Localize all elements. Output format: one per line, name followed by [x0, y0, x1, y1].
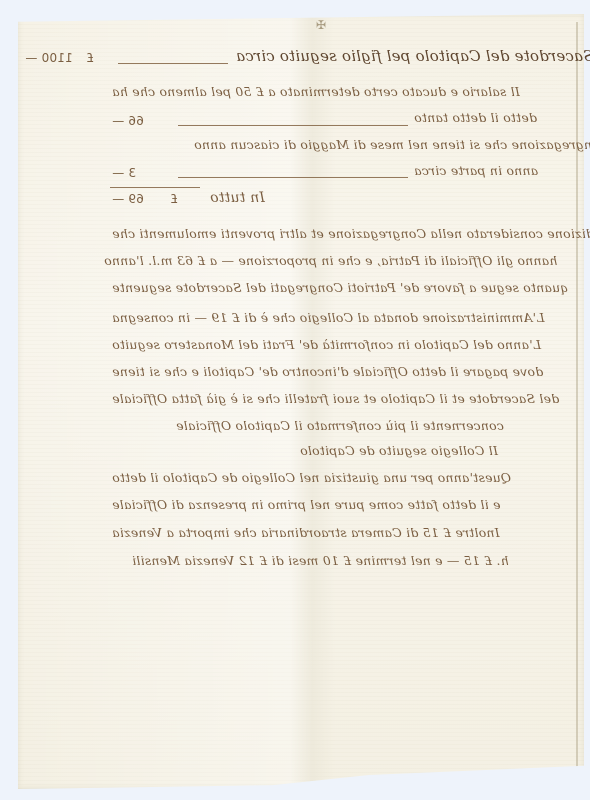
ledger-entry-5-amount: 3 —	[112, 166, 136, 180]
body-line-4: L'Amministrazione donata al Collegio che…	[112, 310, 545, 325]
body-line-6: dove pagare il detto Officiale d'incontr…	[112, 364, 543, 379]
body-line-9: Il Collegio seguito de Capitolo	[300, 443, 498, 458]
total-rule	[110, 187, 200, 188]
body-line-13: h. £ 15 — e nel termine £ 10 mesi di £ 1…	[132, 553, 509, 568]
body-line-11: e il detto fatte come pure nel primo in …	[112, 497, 500, 512]
body-line-5: L'anno del Capitolo in conformità de' Fr…	[112, 337, 541, 352]
ledger-entry-2-text: Il salario e ducato certo determinato a …	[112, 84, 520, 99]
body-line-10: Quest'anno per una giustizia nel Collegi…	[112, 470, 511, 485]
ledger-entry-1-currency: £	[86, 51, 94, 65]
body-line-8: concernente il più confermato il Capitol…	[176, 418, 504, 433]
body-line-1: La spedizione considerato nella Congrega…	[112, 226, 590, 241]
ledger-entry-4-continuation: anno in parte circa	[414, 163, 538, 178]
ledger-entry-4-text: La Congregazione che si tiene nel mese d…	[194, 137, 590, 152]
body-line-7: del Sacerdote et il Capitolo et suoi fra…	[112, 391, 559, 406]
body-line-2: hanno gli Officiali di Patria, e che in …	[104, 253, 557, 268]
total-label: In tutto	[210, 190, 265, 206]
ledger-rule	[118, 63, 228, 64]
ledger-entry-1-amount: 1100 —	[18, 51, 80, 65]
body-line-12: Inoltre £ 15 di Camera straordinaria che…	[112, 525, 500, 540]
total-currency: £	[170, 192, 178, 206]
cross-mark-icon: ✠	[316, 18, 326, 32]
ledger-entry-1-text: Al Sacerdote del Capitolo pel figlio seg…	[236, 47, 590, 65]
ledger-entry-3-amount: 66 —	[112, 114, 144, 128]
ledger-rule	[178, 125, 408, 126]
body-line-3: quanto segue a favore de' Patrioti Congr…	[112, 280, 568, 295]
ledger-rule	[178, 177, 408, 178]
ledger-entry-2-continuation: detto il detto tanto	[414, 110, 537, 125]
page-fold-edge	[576, 22, 578, 782]
total-amount: 69 —	[112, 192, 144, 206]
